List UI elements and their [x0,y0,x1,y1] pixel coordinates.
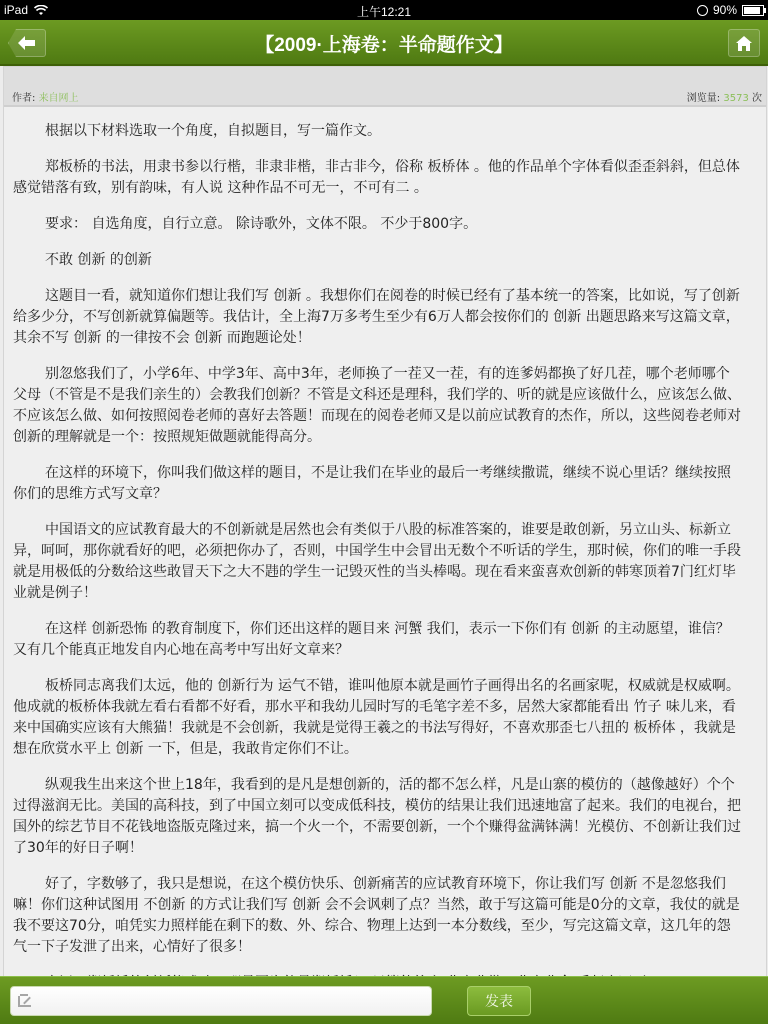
article-meta: 作者: 来自网上 浏览量: 3573 次 [4,67,766,107]
paragraph: 这题目一看，就知道你们想让我们写 创新 。我想你们在阅卷的时候已经有了基本统一的… [13,286,742,349]
author-label: 作者: [12,93,35,104]
views-unit: 次 [752,93,762,104]
edit-icon [18,996,31,1007]
article-body: 根据以下材料选取一个角度，自拟题目，写一篇作文。 郑板桥的书法，用隶书参以行楷，… [4,107,766,978]
paragraph: 板桥同志离我们太远，他的 创新行为 运气不错，谁叫他原本就是画竹子画得出名的名画… [13,676,742,760]
author-info: 作者: 来自网上 [12,89,79,104]
paragraph: 别忽悠我们了，小学6年、中学3年、高中3年，老师换了一茬又一茬，有的连爹妈都换了… [13,364,742,448]
author-value: 来自网上 [39,93,79,104]
essay-title: 不敢 创新 的创新 [13,250,742,271]
nav-bar: 【2009·上海卷：半命题作文】 [0,20,768,66]
home-button[interactable] [728,29,760,57]
view-count: 浏览量: 3573 次 [687,89,762,104]
paragraph: 中国语文的应试教育最大的不创新就是居然也会有类似于八股的标准答案的，谁要是敢创新… [13,520,742,604]
paragraph: 根据以下材料选取一个角度，自拟题目，写一篇作文。 [13,121,742,142]
battery-charging-icon [742,5,764,16]
post-button[interactable]: 发表 [467,986,531,1016]
comment-bar: 发表 [0,976,768,1024]
page-title: 【2009·上海卷：半命题作文】 [0,30,768,57]
battery-percent: 90% [713,3,737,17]
status-bar: iPad 上午12:21 90% [0,0,768,20]
article-container[interactable]: 作者: 来自网上 浏览量: 3573 次 根据以下材料选取一个角度，自拟题目，写… [3,66,767,978]
comment-input[interactable] [41,991,430,1013]
comment-input-box[interactable] [10,986,432,1016]
paragraph: 要求： 自选角度，自行立意。 除诗歌外，文体不限。 不少于800字。 [13,214,742,235]
rotation-lock-icon [697,5,708,16]
clock: 上午12:21 [0,3,768,20]
paragraph: 好了，字数够了，我只是想说，在这个模仿快乐、创新痛苦的应试教育环境下，你让我们写… [13,874,742,958]
paragraph: 纵观我生出来这个世上18年，我看到的是凡是想创新的，活的都不怎么样，凡是山寨的模… [13,775,742,859]
views-label: 浏览量: [687,93,720,104]
views-value: 3573 [723,93,748,104]
paragraph: 郑板桥的书法，用隶书参以行楷，非隶非楷，非古非今，俗称 板桥体 。他的作品单个字… [13,157,742,199]
home-icon [736,36,752,51]
paragraph: 在这样的环境下，你叫我们做这样的题目，不是让我们在毕业的最后一考继续撒谎，继续不… [13,463,742,505]
paragraph: 在这样 创新恐怖 的教育制度下，你们还出这样的题目来 河蟹 我们，表示一下你们有… [13,619,742,661]
